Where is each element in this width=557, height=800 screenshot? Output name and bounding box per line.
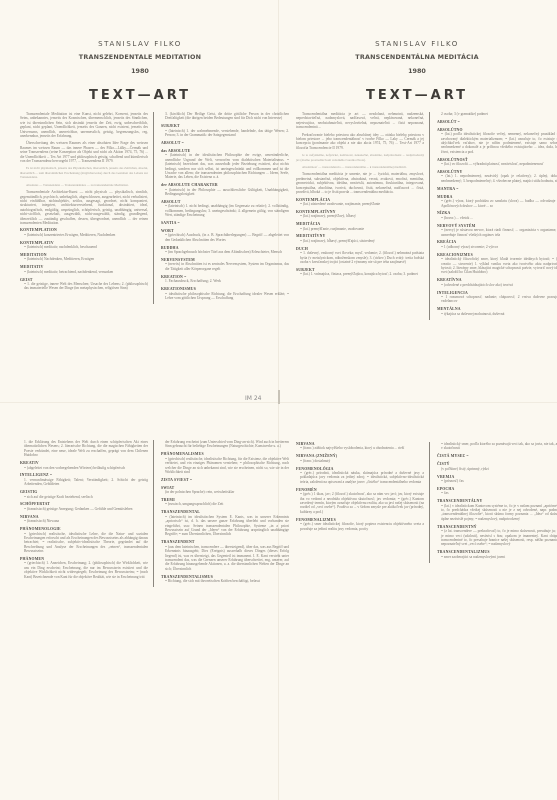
- dictionary-entry: MEDITATION= (lateinisch) Nachdenken, Med…: [20, 253, 148, 262]
- dictionary-entry: SANTIA =: [161, 221, 289, 225]
- dictionary-entry: SUBJEKT= (lateinisch) 1. der wahrnehmend…: [161, 124, 289, 137]
- entry-definition: = (lateinisch) in der Philosophie — auss…: [161, 188, 289, 197]
- dictionary-entry: FENOMENALIZMUS= (gréc.) smer idealistick…: [296, 518, 424, 531]
- entry-definition: = (nervy) je sústavou nervov, ktorá riad…: [437, 228, 557, 237]
- dictionary-entry: MANTRA =: [437, 187, 557, 191]
- entry-definition: = (lat.) v idealistickom Kantovom systém…: [437, 504, 557, 522]
- dictionary-entry: ABSOLÚTNY= (lat.) 1. nepodmienený, nezáv…: [437, 170, 557, 183]
- dictionary-entry: KONTEMPLÁCIA= (lat.) sústredené uvažovan…: [296, 198, 424, 207]
- left-bottom-column-1: 1. die Erklärung des Entstehens der Welt…: [20, 440, 154, 587]
- entry-definition: = (griechisch) Ausdruck, (in z. B. Sprac…: [161, 233, 289, 242]
- dictionary-entry: ČISTÝ(v poľštine) čistý, úprimný, rýdzi: [437, 462, 557, 471]
- paragraph: Je to nefyzikálne, nefyzické, nadčasové,…: [296, 153, 424, 162]
- dictionary-entry: SUBJEKT= (lat.) 1. vnímajúca, činiaca, p…: [296, 268, 424, 277]
- entry-definition: = (prísnosť) čas: [437, 479, 557, 483]
- dictionary-entry: INTELLIGENZ =1. vernunftmässige Fähigkei…: [20, 473, 148, 486]
- dictionary-entry: 1. die Erklärung des Entstehens der Welt…: [20, 440, 148, 458]
- entry-definition: = týkajúca sa duševnej mohutnosti, dušev…: [437, 312, 557, 316]
- entry-definition: (v poľštine) čistý, úprimný, rýdzi: [437, 467, 557, 471]
- entry-definition: = (im Sprachgebrauch höchster Titel aus …: [161, 250, 289, 254]
- paragraph: Prekračovanie bieleho priestoru ako abso…: [296, 133, 424, 151]
- author-name: STANISLAV FILKO: [282, 40, 552, 48]
- entry-definition: 1. vernunftmässige Fähigkeit; Talent; Ve…: [20, 478, 148, 487]
- dictionary-entry: der Erfahrung erscheint (zum Unterschied…: [161, 440, 289, 449]
- entry-definition: = (gréc.) výraz, ktorý pochádza zo sansk…: [437, 199, 557, 208]
- page-year: 1980: [282, 67, 552, 75]
- dictionary-entry: MEDITATÍVNY= (lat.) rozjímavý, hĺbavý, p…: [296, 234, 424, 243]
- right-page-top-columns: Transcendentálna meditácia je art — nezd…: [296, 112, 557, 320]
- page-subtitle: TRANSZENDENTALE MEDITATION: [5, 53, 275, 61]
- entry-definition: = 1 rozumová schopnosť; nadanie; chápavo…: [437, 295, 557, 304]
- pencil-mark: [278, 390, 280, 404]
- entry-definition: = čas: [437, 491, 557, 495]
- entry-term: SANTIA =: [161, 221, 289, 225]
- entry-definition: = (lateinisch) im idealistischen System …: [161, 515, 289, 537]
- entry-definition: = 1. die geistige, innere Welt des Mensc…: [20, 282, 148, 291]
- dictionary-entry: MEDITATIV= (lateinisch) meditativ, betra…: [20, 265, 148, 274]
- dictionary-entry: INTELIGENCIA= 1 rozumová schopnosť; nada…: [437, 291, 557, 304]
- entry-term: MANTRA =: [437, 187, 557, 191]
- dictionary-entry: 2 osoba; 3 (v gramatike) podmet: [437, 112, 557, 116]
- entry-term: ABSOLUT =: [161, 141, 289, 145]
- entry-definition: = (französisch) geistige Anregung; Gedan…: [20, 507, 148, 511]
- entry-definition: = (französisch) Nirwana: [20, 519, 148, 523]
- dictionary-entry: KREATIONISMUS= idealistische philosophis…: [161, 287, 289, 300]
- entry-definition: = (lateinisch) 1. der wahrnehmende, vers…: [161, 129, 289, 138]
- entry-term: ABSOLÚT =: [437, 120, 557, 124]
- paragraph: Transzendentale Meditation ist eine Kuns…: [20, 112, 148, 138]
- right-page-header: STANISLAV FILKO TRANSCENDENTÁLNA MEDITÁC…: [282, 0, 552, 103]
- dictionary-entry: KREACIONIZMUS= idealistický filozofický …: [437, 253, 557, 275]
- dictionary-entry: das ABSOLUTE= (lateinisch) in der ideali…: [161, 149, 289, 180]
- entry-definition: = (odvodené z predchádzajúcich slov ako)…: [437, 283, 557, 287]
- dictionary-entry: ABSOLÚTNOSŤ= (lat.) vo filozofii — výhra…: [437, 158, 557, 167]
- dictionary-entry: MEDITÁCIA= (lat.) premýšľanie, rozjímani…: [296, 222, 424, 231]
- entry-definition: 2 osoba; 3 (v gramatike) podmet: [437, 112, 557, 116]
- dictionary-entry: NERVENSYSTEM= (nervös) in Abschnitten is…: [161, 258, 289, 271]
- dictionary-entry: KONTEMPLATIV= (lateinisch) meditativ, na…: [20, 241, 148, 250]
- entry-definition: = 1 (odborný výraz) stvorenie; 2 výtvor: [437, 245, 557, 249]
- dictionary-entry: PHÄNOMENOLOGIE= (griechisch) realistisch…: [20, 527, 148, 553]
- entry-definition: = (lateinisch) meditativ, nachdenklich, …: [20, 245, 148, 249]
- left-top-column-2: 3. (kirchlich) Der Heilige Geist, die dr…: [154, 112, 289, 304]
- entry-definition: = idealistische philosophische Richtung,…: [161, 292, 289, 301]
- entry-definition: = (lat.) rozjímavý, premýšľavý, hĺbavý: [296, 214, 424, 218]
- dictionary-entry: VREMJA= (prísnosť) čas: [437, 475, 557, 484]
- entry-definition: = (lat.) podľa idealistickej filozofie v…: [437, 132, 557, 154]
- dictionary-entry: TRANSZENDENTAL= (lateinisch) im idealist…: [161, 510, 289, 536]
- paragraph: Überschreitung des weissen Raumes als ei…: [20, 141, 148, 163]
- entry-definition: = (lat.) sústredené uvažovanie, rozjíman…: [296, 202, 424, 206]
- dictionary-entry: TRANSZENDENTALISMUS= Richtung, die sich …: [161, 575, 289, 584]
- author-name: STANISLAV FILKO: [5, 40, 275, 48]
- entry-term: ČISTÁ MYSEĽ =: [437, 454, 557, 458]
- entry-definition: = Richtung, die sich mit theoretischen K…: [161, 579, 289, 583]
- dictionary-entry: KREATION =1. Fachausdruck, Erschaffung; …: [161, 275, 289, 284]
- entry-definition: = (lat.) vo filozofii — výhradná platnos…: [437, 162, 557, 166]
- entry-definition: der Erfahrung erscheint (zum Unterschied…: [161, 440, 289, 449]
- entry-definition: = (lateinisch) 1. nicht bedingt, unabhän…: [161, 204, 289, 217]
- entry-definition: = (abgeleitet von den vorhergehenden Wör…: [20, 466, 148, 470]
- right-top-column-2: 2 osoba; 3 (v gramatike) podmet ABSOLÚT …: [430, 112, 557, 320]
- dictionary-entry: KREATIV= (abgeleitet von den vorhergehen…: [20, 461, 148, 470]
- entry-definition: = (russisch, umgangssprachlich) die Zeit: [161, 502, 289, 506]
- entry-definition: = smer zaoberajúci sa nadzmyslovými javm…: [437, 555, 557, 559]
- entry-definition: = (lat.) rozjímavý, hĺbavý, premýšľajúci…: [296, 239, 424, 243]
- dictionary-entry: GEIST= 1. die geistige, innere Welt des …: [20, 278, 148, 291]
- dictionary-entry: TRANSCENDENTALIZMUS= smer zaoberajúci sa…: [437, 550, 557, 559]
- paragraph: Transcendentálna meditácia je umenie, ni…: [296, 172, 424, 194]
- paragraph: Absolutes — Transzendenz — Transzendenta…: [20, 183, 148, 187]
- dictionary-entry: ABSOLÚTNO= (lat.) podľa idealistickej fi…: [437, 128, 557, 154]
- dictionary-entry: ZISTA SVIEST =: [161, 478, 289, 482]
- dictionary-entry: = idealistický smer, podľa ktorého sa po…: [437, 442, 557, 451]
- entry-definition: 3. (kirchlich) Der Heilige Geist, die dr…: [161, 112, 289, 121]
- entry-term: ZISTA SVIEST =: [161, 478, 289, 482]
- entry-definition: = (aus dem lateinischen, transcendere — …: [161, 545, 289, 571]
- paragraph: Transcendentálna meditácia je art — nezd…: [296, 112, 424, 130]
- dictionary-entry: TRANSCENDENTÁLNY= (lat.) v idealistickom…: [437, 499, 557, 521]
- dictionary-entry: ABSOLUT =: [161, 141, 289, 145]
- paragraph: Absolútnosť — transcendencia — transcend…: [296, 165, 424, 169]
- left-page-top-columns: Transzendentale Meditation ist eine Kuns…: [20, 112, 289, 304]
- entry-definition: (in der polnischen Sprache): rein, weiss…: [161, 490, 289, 494]
- page-title: TEXT—ART: [282, 88, 552, 103]
- paragraph: Transzendentale Architektur-Kunst — nich…: [20, 190, 148, 225]
- entry-definition: = (z lat. transcendere — prekračovať) to…: [437, 529, 557, 547]
- entry-definition: = (franc.) dosiahnutý: [296, 459, 424, 463]
- entry-definition: = (hovor.) ... všetok ...: [437, 216, 557, 220]
- left-page-header: STANISLAV FILKO TRANSZENDENTALE MEDITATI…: [5, 0, 275, 103]
- dictionary-entry: BUDDHA= (im Sprachgebrauch höchster Tite…: [161, 246, 289, 255]
- entry-definition: = sich auf die geistige Kraft beziehend,…: [20, 495, 148, 499]
- left-page-bottom-columns: 1. die Erklärung des Entstehens der Welt…: [20, 440, 289, 587]
- dictionary-entry: KREÁCIA= 1 (odborný výraz) stvorenie; 2 …: [437, 240, 557, 249]
- dictionary-entry: der ABSOLUTE CHARAKTER= (lateinisch) in …: [161, 183, 289, 196]
- right-page-bottom-columns: NIRVANA= (franc.) zážitok najvyššieho vy…: [296, 442, 557, 563]
- handwritten-inventory-note: IM 24: [245, 395, 262, 402]
- dictionary-entry: WORT= (griechisch) Ausdruck, (in z. B. S…: [161, 229, 289, 242]
- dictionary-entry: NERVOVÝ SYSTÉM= (nervy) je sústavou nerv…: [437, 224, 557, 237]
- dictionary-entry: 3. (kirchlich) Der Heilige Geist, die dr…: [161, 112, 289, 121]
- entry-definition: = (lateinisch) konzentriertes Erwägen, M…: [20, 233, 148, 237]
- entry-definition: = (lat.) 1. vnímajúca, činiaca, premýšľa…: [296, 272, 424, 276]
- entry-definition: = (gréc.) 1 úkaz, jav; 2 (filozof.) skut…: [296, 492, 424, 514]
- dictionary-entry: SWIAT(in der polnischen Sprache): rein, …: [161, 486, 289, 495]
- dictionary-entry: KONTEMPLATÍVNY= (lat.) rozjímavý, premýš…: [296, 210, 424, 219]
- dictionary-entry: ČISTÁ MYSEĽ =: [437, 454, 557, 458]
- left-bottom-column-2: der Erfahrung erscheint (zum Unterschied…: [154, 440, 289, 587]
- dictionary-entry: NIRVANA (ZNIŽENÝ)= (franc.) dosiahnutý: [296, 454, 424, 463]
- dictionary-entry: SCHÖPFERTAT= (französisch) geistige Anre…: [20, 502, 148, 511]
- dictionary-entry: FENOMÉN= (gréc.) 1 úkaz, jav; 2 (filozof…: [296, 488, 424, 514]
- page-year: 1980: [5, 67, 275, 75]
- left-top-column-1: Transzendentale Meditation ist eine Kuns…: [20, 112, 154, 304]
- dictionary-entry: KONTEMPLATION= (lateinisch) konzentriert…: [20, 228, 148, 237]
- page-subtitle: TRANSCENDENTÁLNA MEDITÁCIA: [282, 53, 552, 61]
- right-bottom-column-1: NIRVANA= (franc.) zážitok najvyššieho vy…: [296, 442, 430, 563]
- dictionary-entry: PHÄNOMENALISMUS= (griechisch) realistisc…: [161, 452, 289, 474]
- entry-definition: = (lateinisch) Nachdenken, Meditieren, E…: [20, 257, 148, 261]
- right-bottom-column-2: = idealistický smer, podľa ktorého sa po…: [430, 442, 557, 563]
- entry-definition: = (griechisch) realistische, idealistisc…: [20, 532, 148, 554]
- entry-definition: = 1. duševný, vnútorný svet človeka; mys…: [296, 251, 424, 264]
- dictionary-entry: EPOCHA= čas: [437, 487, 557, 496]
- entry-definition: = (griechisch) 1. Anzeichen, Erscheinung…: [20, 561, 148, 579]
- dictionary-entry: NIRVANA= (französisch) Nirwana: [20, 515, 148, 524]
- entry-definition: 1. Fachausdruck, Erschaffung; 2. Werk: [161, 279, 289, 283]
- dictionary-entry: MUDRA= (gréc.) výraz, ktorý pochádza zo …: [437, 195, 557, 208]
- entry-definition: = (lat.) premýšľanie, rozjímanie, uvažov…: [296, 227, 424, 231]
- dictionary-entry: DUCH= 1. duševný, vnútorný svet človeka;…: [296, 247, 424, 265]
- dictionary-entry: TRANSCENDENTNÝ= (z lat. transcendere — p…: [437, 525, 557, 547]
- dictionary-entry: TREMI= (russisch, umgangssprachlich) die…: [161, 498, 289, 507]
- dictionary-entry: ABSOLUT= (lateinisch) 1. nicht bedingt, …: [161, 200, 289, 218]
- entry-definition: = idealistický smer, podľa ktorého sa po…: [437, 442, 557, 451]
- dictionary-entry: GEISTIG= sich auf die geistige Kraft bez…: [20, 490, 148, 499]
- paragraph: Es ist nicht physikalisch, jenseits des …: [20, 166, 148, 179]
- right-top-column-1: Transcendentálna meditácia je art — nezd…: [296, 112, 430, 320]
- entry-definition: = (lateinisch) meditativ, betrachtend, n…: [20, 270, 148, 274]
- dictionary-entry: KREATÍVNA= (odvodené z predchádzajúcich …: [437, 278, 557, 287]
- page-title: TEXT—ART: [5, 88, 275, 103]
- dictionary-entry: NÍZKA= (hovor.) ... všetok ...: [437, 211, 557, 220]
- dictionary-entry: FENOMENOLÓGIA= (gréc.) prírodná, idealis…: [296, 467, 424, 485]
- entry-definition: 1. die Erklärung des Entstehens der Welt…: [20, 440, 148, 458]
- entry-definition: = idealistický filozofický smer, ktorý h…: [437, 257, 557, 275]
- entry-definition: = (nervös) in Abschnitten ist es zentral…: [161, 262, 289, 271]
- entry-definition: = (franc.) zážitok najvyššieho vyslobode…: [296, 446, 424, 450]
- entry-definition: = (gréc.) smer idealistickej filozofie, …: [296, 522, 424, 531]
- entry-definition: = (lateinisch) in der idealistischen Phi…: [161, 153, 289, 179]
- dictionary-entry: PHÄNOMEN= (griechisch) 1. Anzeichen, Ers…: [20, 557, 148, 579]
- dictionary-entry: TRANSZENDENT= (aus dem lateinischen, tra…: [161, 540, 289, 571]
- dictionary-entry: NIRVANA= (franc.) zážitok najvyššieho vy…: [296, 442, 424, 451]
- dictionary-entry: ABSOLÚT =: [437, 120, 557, 124]
- dictionary-entry: MENTÁLNA= týkajúca sa duševnej mohutnost…: [437, 307, 557, 316]
- entry-definition: = (lat.) 1. nepodmienený, nezávislý (opa…: [437, 174, 557, 183]
- entry-definition: = (gréc.) prírodná, idealistická náuka, …: [296, 471, 424, 484]
- entry-definition: = (griechisch) realistische, idealistisc…: [161, 457, 289, 475]
